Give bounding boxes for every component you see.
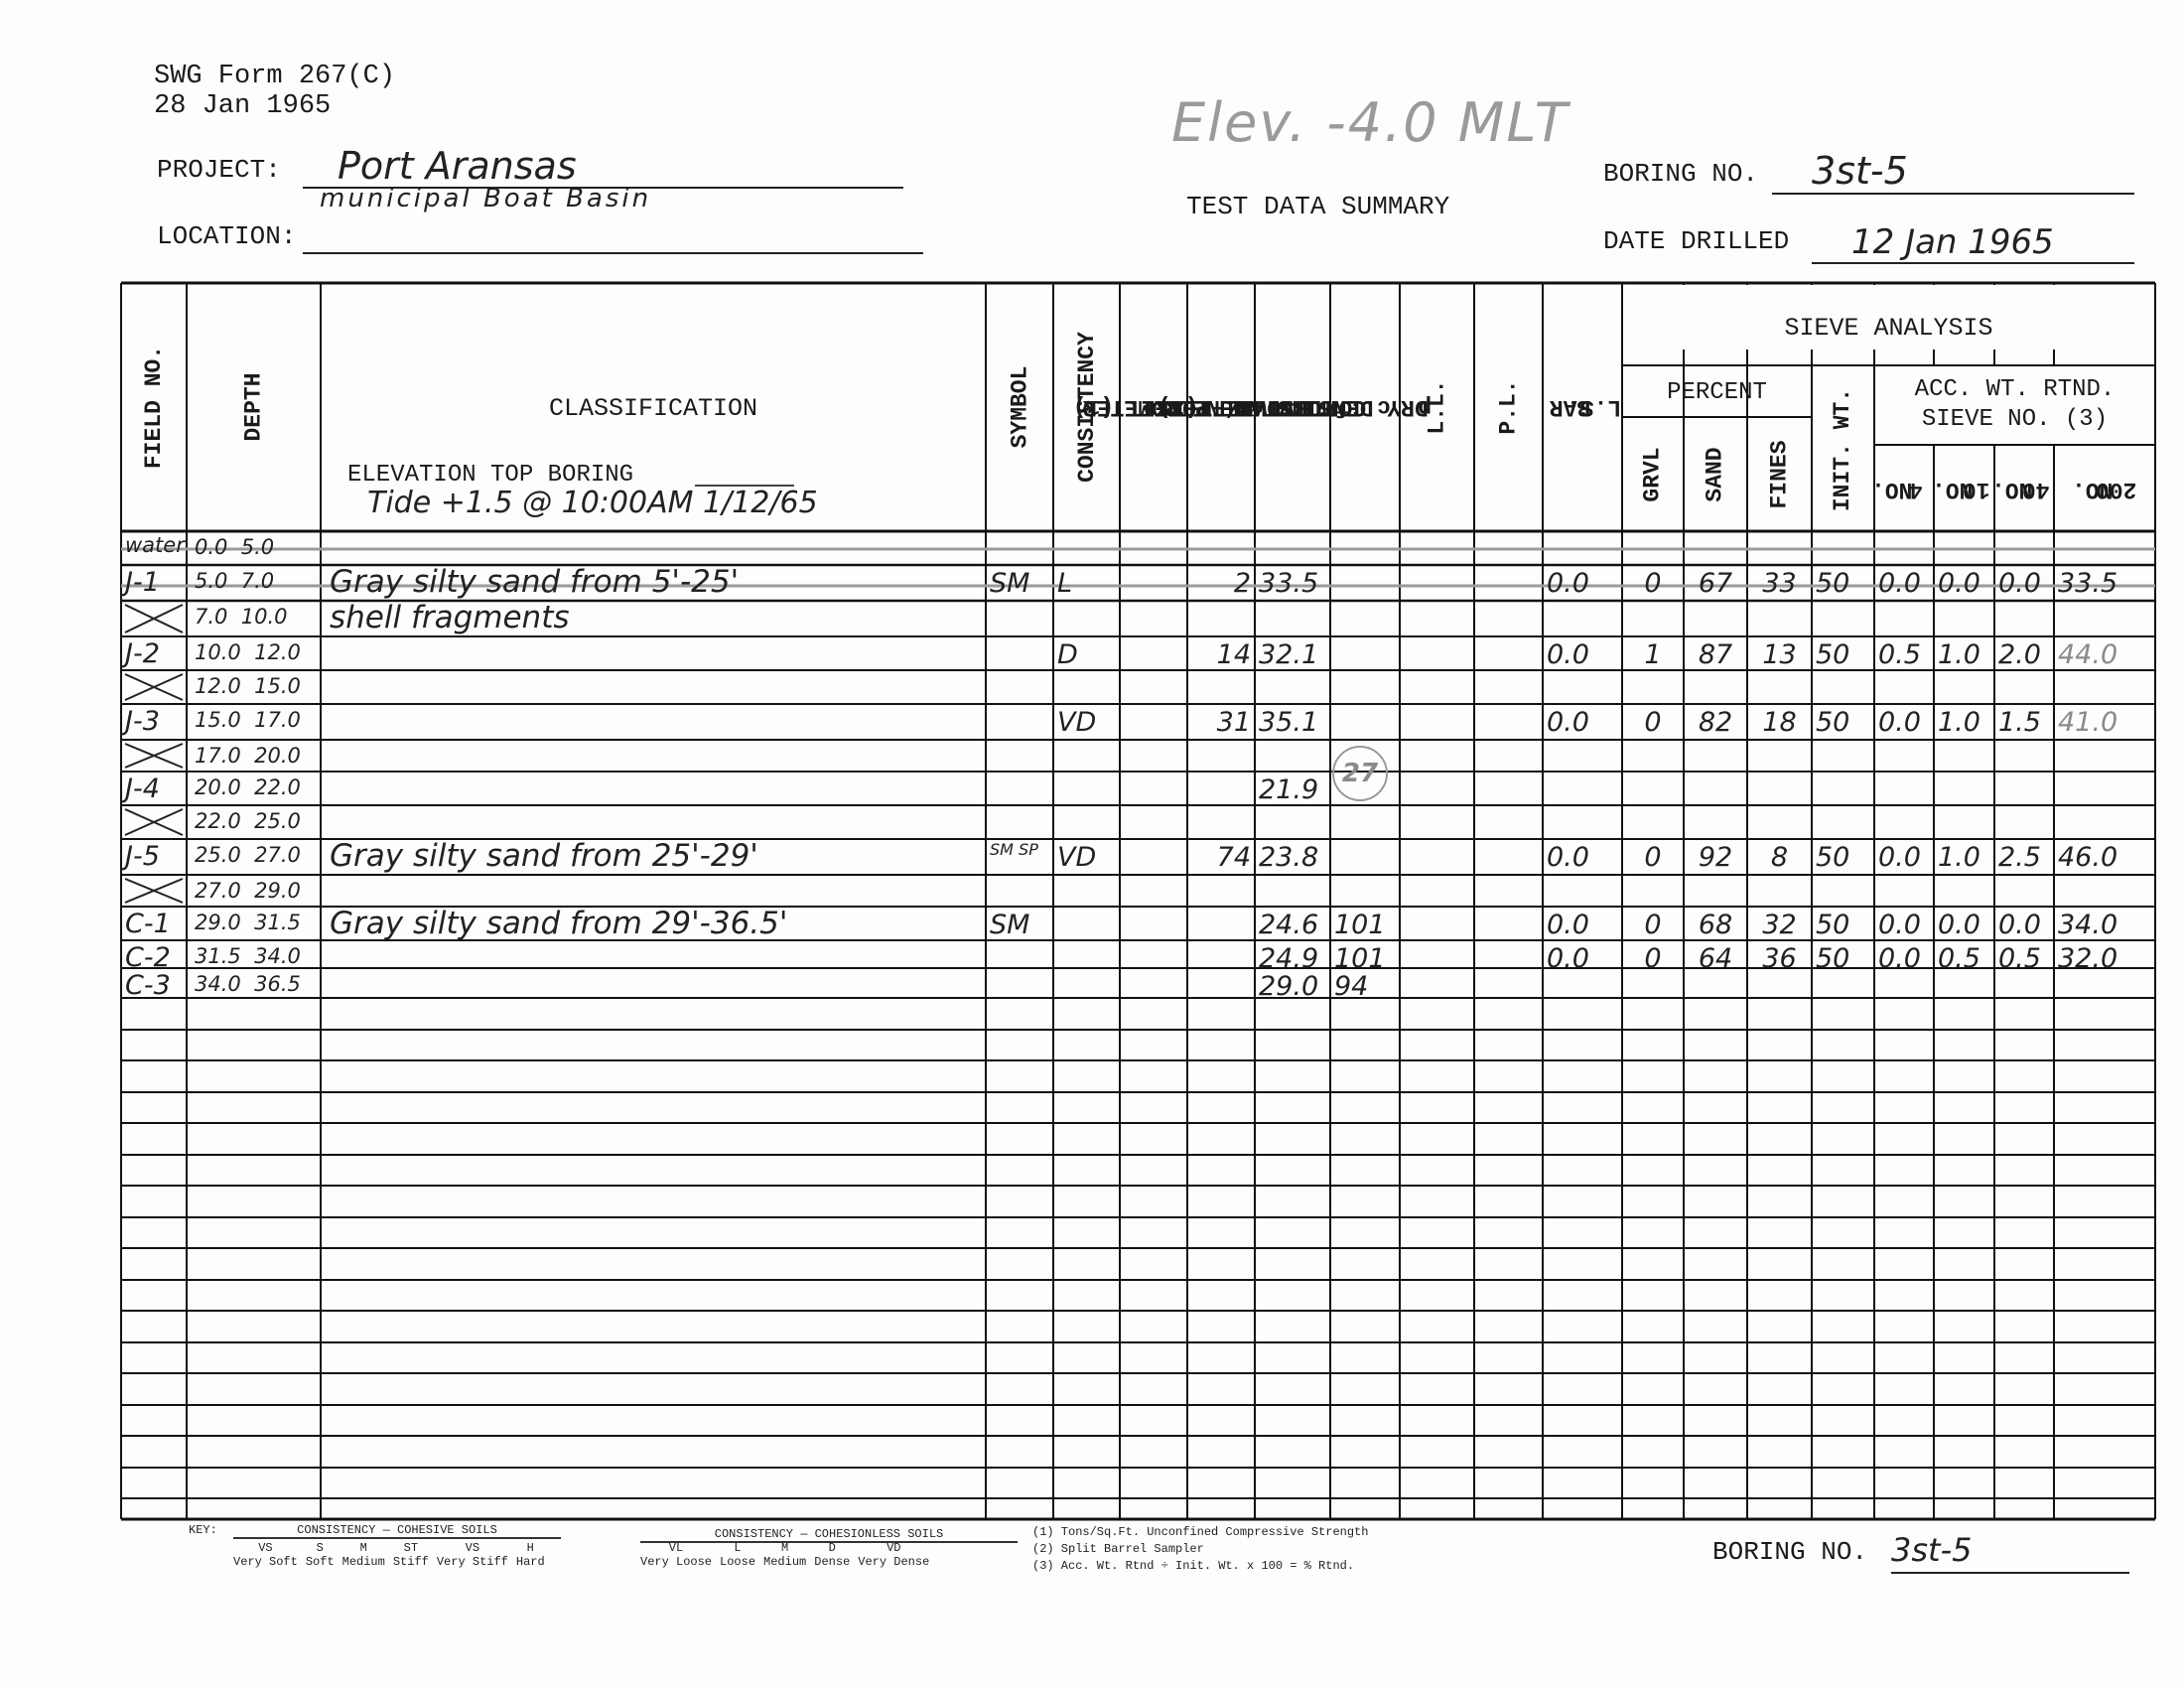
header-classification: CLASSIFICATION: [321, 394, 986, 423]
no40-cell: 0.5: [1998, 945, 2050, 972]
moisture-cell: 24.6: [1259, 912, 1326, 938]
sand-cell: 92: [1688, 844, 1743, 871]
field-no-cell: C-1: [125, 911, 171, 937]
grvl-cell: 0: [1626, 570, 1680, 597]
dry-density-cell: 101: [1334, 912, 1396, 938]
blows-cell: 31: [1191, 709, 1251, 736]
no40-cell: 2.5: [1998, 844, 2050, 871]
grvl-cell: 0: [1626, 709, 1680, 736]
fines-cell: 32: [1751, 912, 1808, 938]
init-wt-cell: 50: [1816, 570, 1870, 597]
skipped-sample-x-icon: [123, 807, 185, 837]
dry-density-cell: 94: [1334, 973, 1396, 1000]
location-label: LOCATION:: [157, 221, 296, 251]
field-no-cell: C-2: [125, 944, 171, 971]
bar-ls-cell: 0.0: [1547, 844, 1618, 871]
key-cohesive-list: VSVery SoftSSoftMMediumSTStiffVSVery Sti…: [233, 1541, 553, 1569]
project-label: PROJECT:: [157, 155, 281, 185]
init-wt-cell: 50: [1816, 844, 1870, 871]
grvl-cell: 0: [1626, 844, 1680, 871]
header-grvl: GRVL: [1622, 417, 1684, 531]
header-pl: P.L.: [1474, 283, 1543, 531]
tide-note: Tide +1.5 @ 10:00AM 1/12/65: [367, 489, 818, 518]
no40-cell: 2.0: [1998, 641, 2050, 668]
no200-cell: 46.0: [2058, 844, 2151, 871]
fines-cell: 13: [1751, 641, 1808, 668]
blows-cell: 14: [1191, 641, 1251, 668]
no10-cell: 1.0: [1938, 844, 1990, 871]
depth-cell: 34.0 36.5: [195, 974, 301, 995]
moisture-cell: 33.5: [1259, 570, 1326, 597]
bar-ls-cell: 0.0: [1547, 641, 1618, 668]
field-no-cell: water: [125, 535, 185, 556]
depth-cell: 20.0 22.0: [195, 777, 301, 798]
skipped-sample-x-icon: [123, 877, 185, 905]
grvl-cell: 0: [1626, 912, 1680, 938]
depth-cell: 10.0 12.0: [195, 642, 301, 663]
bar-ls-cell: 0.0: [1547, 912, 1618, 938]
elevation-note: Elev. -4.0 MLT: [1171, 91, 1570, 154]
key-entry: MMedium: [342, 1541, 385, 1569]
field-no-cell: J-2: [125, 640, 160, 667]
fines-cell: 8: [1751, 844, 1808, 871]
key-entry: DDense: [814, 1541, 850, 1569]
header-elevation-top-boring: ELEVATION TOP BORING: [347, 462, 633, 489]
no200-cell: 41.0: [2058, 709, 2151, 736]
init-wt-cell: 50: [1816, 945, 1870, 972]
moisture-cell: 32.1: [1259, 641, 1326, 668]
no200-cell: 33.5: [2058, 570, 2151, 597]
header-no200: NO.200: [2054, 447, 2155, 531]
moisture-cell: 23.8: [1259, 844, 1326, 871]
bar-ls-cell: 0.0: [1547, 570, 1618, 597]
key-entry: HHard: [516, 1541, 545, 1569]
sand-cell: 68: [1688, 912, 1743, 938]
header-init-wt: INIT. WT.: [1812, 367, 1874, 531]
no10-cell: 1.0: [1938, 641, 1990, 668]
moisture-cell: 29.0: [1259, 973, 1326, 1000]
project-value-line2: municipal Boat Basin: [320, 184, 651, 213]
key-entry: STStiff: [393, 1541, 429, 1569]
key-entry: SSoft: [306, 1541, 335, 1569]
init-wt-cell: 50: [1816, 912, 1870, 938]
key-entry: LLoose: [720, 1541, 755, 1569]
depth-cell: 15.0 17.0: [195, 710, 301, 731]
footer-boring-no-label: BORING NO.: [1712, 1537, 1867, 1567]
header-acc-wt-rtnd: ACC. WT. RTND.SIEVE NO. (3): [1874, 375, 2155, 435]
sand-cell: 82: [1688, 709, 1743, 736]
field-no-cell: J-1: [125, 569, 160, 596]
no10-cell: 1.0: [1938, 709, 1990, 736]
field-no-cell: J-3: [125, 708, 160, 735]
key-note: (3) Acc. Wt. Rtnd ÷ Init. Wt. x 100 = % …: [1032, 1558, 1368, 1575]
key-entry: VLVery Loose: [640, 1541, 712, 1569]
circled-note: 27: [1332, 746, 1388, 801]
key-entry: VDVery Dense: [858, 1541, 929, 1569]
bar-ls-cell: 0.0: [1547, 945, 1618, 972]
depth-cell: 29.0 31.5: [195, 913, 301, 933]
header-dry-density: DRY DENSITYp. c. f.: [1330, 283, 1400, 531]
grvl-cell: 0: [1626, 945, 1680, 972]
moisture-cell: 24.9: [1259, 945, 1326, 972]
classification-cell: Gray silty sand from 5'-25': [330, 567, 739, 598]
no4-cell: 0.0: [1878, 912, 1930, 938]
no10-cell: 0.0: [1938, 912, 1990, 938]
consistency-cell: VD: [1057, 709, 1116, 736]
bar-ls-cell: 0.0: [1547, 709, 1618, 736]
moisture-cell: 35.1: [1259, 709, 1326, 736]
no40-cell: 1.5: [1998, 709, 2050, 736]
no4-cell: 0.0: [1878, 945, 1930, 972]
key-label: KEY:: [189, 1523, 217, 1537]
sand-cell: 67: [1688, 570, 1743, 597]
key-cohesive-title: CONSISTENCY — COHESIVE SOILS: [233, 1523, 561, 1539]
header-bar-ls: BARL.S.: [1543, 283, 1622, 531]
consistency-cell: D: [1057, 641, 1116, 668]
no10-cell: 0.5: [1938, 945, 1990, 972]
consistency-cell: VD: [1057, 844, 1116, 871]
test-data-summary-form: SWG Form 267(C) 28 Jan 1965 Elev. -4.0 M…: [0, 0, 2184, 1688]
footer-boring-no-value: 3st-5: [1891, 1531, 1972, 1569]
no4-cell: 0.0: [1878, 844, 1930, 871]
init-wt-cell: 50: [1816, 641, 1870, 668]
form-identifier: SWG Form 267(C) 28 Jan 1965: [154, 62, 395, 121]
fines-cell: 36: [1751, 945, 1808, 972]
project-value: Port Aransas: [338, 144, 577, 188]
blows-cell: 2: [1191, 570, 1251, 597]
key-cohesionless-list: VLVery LooseLLooseMMediumDDenseVDVery De…: [640, 1541, 937, 1569]
depth-cell: 31.5 34.0: [195, 946, 301, 967]
consistency-cell: L: [1057, 570, 1116, 597]
header-percent: PERCENT: [1622, 379, 1812, 406]
no200-cell: 34.0: [2058, 912, 2151, 938]
symbol-cell: SM: [990, 570, 1049, 597]
depth-cell: 27.0 29.0: [195, 881, 301, 902]
key-entry: VSVery Stiff: [437, 1541, 508, 1569]
boring-no-label: BORING NO.: [1603, 159, 1758, 189]
header-sand: SAND: [1684, 417, 1747, 531]
no4-cell: 0.0: [1878, 709, 1930, 736]
init-wt-cell: 50: [1816, 709, 1870, 736]
classification-cell: Gray silty sand from 25'-29': [330, 841, 758, 872]
key-note: (1) Tons/Sq.Ft. Unconfined Compressive S…: [1032, 1524, 1368, 1541]
key-note: (2) Split Barrel Sampler: [1032, 1541, 1368, 1558]
field-no-cell: J-5: [125, 843, 160, 870]
key-notes: (1) Tons/Sq.Ft. Unconfined Compressive S…: [1032, 1524, 1368, 1575]
depth-cell: 17.0 20.0: [195, 746, 301, 767]
fines-cell: 33: [1751, 570, 1808, 597]
sand-cell: 64: [1688, 945, 1743, 972]
no40-cell: 0.0: [1998, 570, 2050, 597]
classification-cell: Gray silty sand from 29'-36.5': [330, 909, 787, 939]
skipped-sample-x-icon: [123, 603, 185, 634]
blows-cell: 74: [1191, 844, 1251, 871]
no10-cell: 0.0: [1938, 570, 1990, 597]
symbol-cell: SM SP: [990, 841, 1049, 858]
location-field[interactable]: [303, 216, 923, 254]
symbol-cell: SM: [990, 912, 1049, 938]
skipped-sample-x-icon: [123, 672, 185, 702]
date-drilled-label: DATE DRILLED: [1603, 226, 1789, 256]
boring-no-value: 3st-5: [1812, 149, 1908, 193]
grvl-cell: 1: [1626, 641, 1680, 668]
depth-cell: 0.0 5.0: [195, 537, 274, 558]
no4-cell: 0.0: [1878, 570, 1930, 597]
header-sieve-analysis: SIEVE ANALYSIS: [1622, 314, 2155, 343]
no40-cell: 0.0: [1998, 912, 2050, 938]
header-symbol: SYMBOL: [986, 283, 1053, 531]
header-no4: NO.4: [1874, 447, 1934, 531]
key-entry: MMedium: [763, 1541, 806, 1569]
header-no10: NO.10: [1934, 447, 1994, 531]
dry-density-cell: 101: [1334, 945, 1396, 972]
skipped-sample-x-icon: [123, 742, 185, 770]
form-id: SWG Form 267(C): [154, 62, 395, 91]
field-no-cell: C-3: [125, 972, 171, 999]
no200-cell: 44.0: [2058, 641, 2151, 668]
header-field-no: FIELD NO.: [121, 283, 187, 531]
header-ll: L.L.: [1400, 283, 1474, 531]
depth-cell: 25.0 27.0: [195, 845, 301, 866]
depth-cell: 5.0 7.0: [195, 571, 274, 592]
form-date: 28 Jan 1965: [154, 91, 395, 121]
header-depth: DEPTH: [187, 283, 321, 531]
fines-cell: 18: [1751, 709, 1808, 736]
moisture-cell: 21.9: [1259, 776, 1326, 803]
depth-cell: 7.0 10.0: [195, 607, 288, 628]
depth-cell: 22.0 25.0: [195, 811, 301, 832]
sand-cell: 87: [1688, 641, 1743, 668]
no4-cell: 0.5: [1878, 641, 1930, 668]
header-no40: NO.40: [1994, 447, 2054, 531]
key-entry: VSVery Soft: [233, 1541, 298, 1569]
page-title: TEST DATA SUMMARY: [1186, 192, 1449, 221]
depth-cell: 12.0 15.0: [195, 676, 301, 697]
date-drilled-value: 12 Jan 1965: [1851, 222, 2054, 262]
field-no-cell: J-4: [125, 775, 160, 802]
header-fines: FINES: [1747, 417, 1812, 531]
classification-cell: shell fragments: [330, 603, 570, 633]
no200-cell: 32.0: [2058, 945, 2151, 972]
